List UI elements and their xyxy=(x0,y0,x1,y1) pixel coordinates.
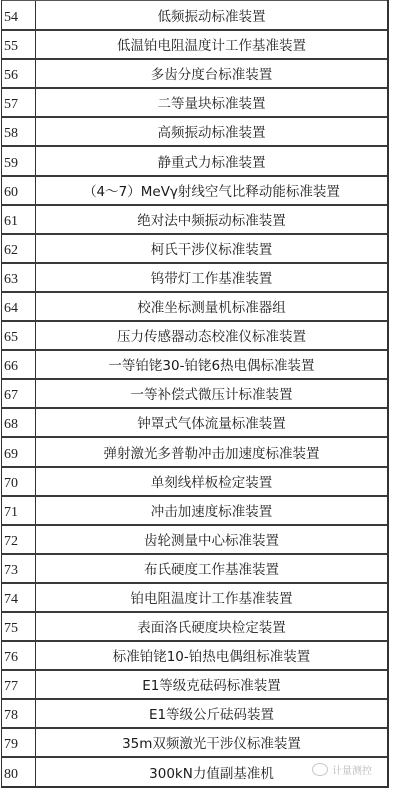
row-number: 74 xyxy=(2,584,36,611)
device-name: 绝对法中频振动标准装置 xyxy=(36,206,387,233)
table-row: 68钟罩式气体流量标准装置 xyxy=(2,407,387,436)
row-number: 73 xyxy=(2,555,36,582)
device-name: 低温铂电阻温度计工作基准装置 xyxy=(36,31,387,58)
table-row: 58高频振动标准装置 xyxy=(2,116,387,145)
watermark: 计量测控 xyxy=(312,762,372,777)
device-name: 低频振动标准装置 xyxy=(36,1,387,29)
device-name: 静重式力标准装置 xyxy=(36,147,387,174)
table-row: 78E1等级公斤砝码装置 xyxy=(2,698,387,727)
table-row: 65压力传感器动态校准仪标准装置 xyxy=(2,320,387,349)
device-name: 标准铂铑10-铂热电偶组标准装置 xyxy=(36,642,387,669)
device-name: 铂电阻温度计工作基准装置 xyxy=(36,584,387,611)
table-row: 55低温铂电阻温度计工作基准装置 xyxy=(2,29,387,58)
row-number: 62 xyxy=(2,235,36,262)
row-number: 70 xyxy=(2,468,36,495)
table-row: 62柯氏干涉仪标准装置 xyxy=(2,233,387,262)
row-number: 75 xyxy=(2,613,36,640)
row-number: 58 xyxy=(2,118,36,145)
device-name: 钟罩式气体流量标准装置 xyxy=(36,409,387,436)
row-number: 63 xyxy=(2,264,36,291)
watermark-text: 计量测控 xyxy=(332,762,372,777)
device-name: 多齿分度台标准装置 xyxy=(36,60,387,87)
table-row: 72齿轮测量中心标准装置 xyxy=(2,524,387,553)
table-row: 63钨带灯工作基准装置 xyxy=(2,262,387,291)
device-name: 高频振动标准装置 xyxy=(36,118,387,145)
table-row: 76标准铂铑10-铂热电偶组标准装置 xyxy=(2,640,387,669)
table-row: 56多齿分度台标准装置 xyxy=(2,58,387,87)
row-number: 65 xyxy=(2,322,36,349)
device-name: 压力传感器动态校准仪标准装置 xyxy=(36,322,387,349)
row-number: 66 xyxy=(2,351,36,378)
row-number: 77 xyxy=(2,671,36,698)
device-name: 二等量块标准装置 xyxy=(36,89,387,116)
device-name: （4～7）MeVγ射线空气比释动能标准装置 xyxy=(36,177,387,204)
device-name: 一等补偿式微压计标准装置 xyxy=(36,380,387,407)
row-number: 78 xyxy=(2,700,36,727)
row-number: 67 xyxy=(2,380,36,407)
row-number: 59 xyxy=(2,147,36,174)
row-number: 68 xyxy=(2,409,36,436)
device-name: 冲击加速度标准装置 xyxy=(36,497,387,524)
table-row: 57二等量块标准装置 xyxy=(2,87,387,116)
row-number: 56 xyxy=(2,60,36,87)
row-number: 80 xyxy=(2,758,36,785)
row-number: 57 xyxy=(2,89,36,116)
table-row: 60（4～7）MeVγ射线空气比释动能标准装置 xyxy=(2,175,387,204)
device-name: 35m双频激光干涉仪标准装置 xyxy=(36,729,387,756)
device-name: E1等级克砝码标准装置 xyxy=(36,671,387,698)
table-row: 66一等铂铑30-铂铑6热电偶标准装置 xyxy=(2,349,387,378)
wechat-icon xyxy=(312,763,328,776)
table-row: 73布氏硬度工作基准装置 xyxy=(2,553,387,582)
table-row: 67一等补偿式微压计标准装置 xyxy=(2,378,387,407)
device-name: 布氏硬度工作基准装置 xyxy=(36,555,387,582)
row-number: 76 xyxy=(2,642,36,669)
row-number: 79 xyxy=(2,729,36,756)
table-row: 59静重式力标准装置 xyxy=(2,145,387,174)
table-row: 69弹射激光多普勒冲击加速度标准装置 xyxy=(2,436,387,465)
row-number: 71 xyxy=(2,497,36,524)
row-number: 64 xyxy=(2,293,36,320)
device-name: 单刻线样板检定装置 xyxy=(36,468,387,495)
table-row: 61绝对法中频振动标准装置 xyxy=(2,204,387,233)
device-name: 一等铂铑30-铂铑6热电偶标准装置 xyxy=(36,351,387,378)
device-name: E1等级公斤砝码装置 xyxy=(36,700,387,727)
row-number: 69 xyxy=(2,438,36,465)
device-name: 齿轮测量中心标准装置 xyxy=(36,526,387,553)
table-row: 54低频振动标准装置 xyxy=(2,0,387,29)
table-row: 75表面洛氏硬度块检定装置 xyxy=(2,611,387,640)
table-row: 71冲击加速度标准装置 xyxy=(2,495,387,524)
row-number: 60 xyxy=(2,177,36,204)
table-row: 64校准坐标测量机标准器组 xyxy=(2,291,387,320)
device-name: 柯氏干涉仪标准装置 xyxy=(36,235,387,262)
device-name: 表面洛氏硬度块检定装置 xyxy=(36,613,387,640)
row-number: 72 xyxy=(2,526,36,553)
device-name: 钨带灯工作基准装置 xyxy=(36,264,387,291)
device-name: 校准坐标测量机标准器组 xyxy=(36,293,387,320)
table-row: 74铂电阻温度计工作基准装置 xyxy=(2,582,387,611)
device-name: 弹射激光多普勒冲击加速度标准装置 xyxy=(36,438,387,465)
row-number: 55 xyxy=(2,31,36,58)
table-row: 70单刻线样板检定装置 xyxy=(2,466,387,495)
table-row: 77E1等级克砝码标准装置 xyxy=(2,669,387,698)
table-row: 7935m双频激光干涉仪标准装置 xyxy=(2,727,387,756)
row-number: 61 xyxy=(2,206,36,233)
standards-table: 54低频振动标准装置55低温铂电阻温度计工作基准装置56多齿分度台标准装置57二… xyxy=(1,0,389,788)
row-number: 54 xyxy=(2,1,36,29)
